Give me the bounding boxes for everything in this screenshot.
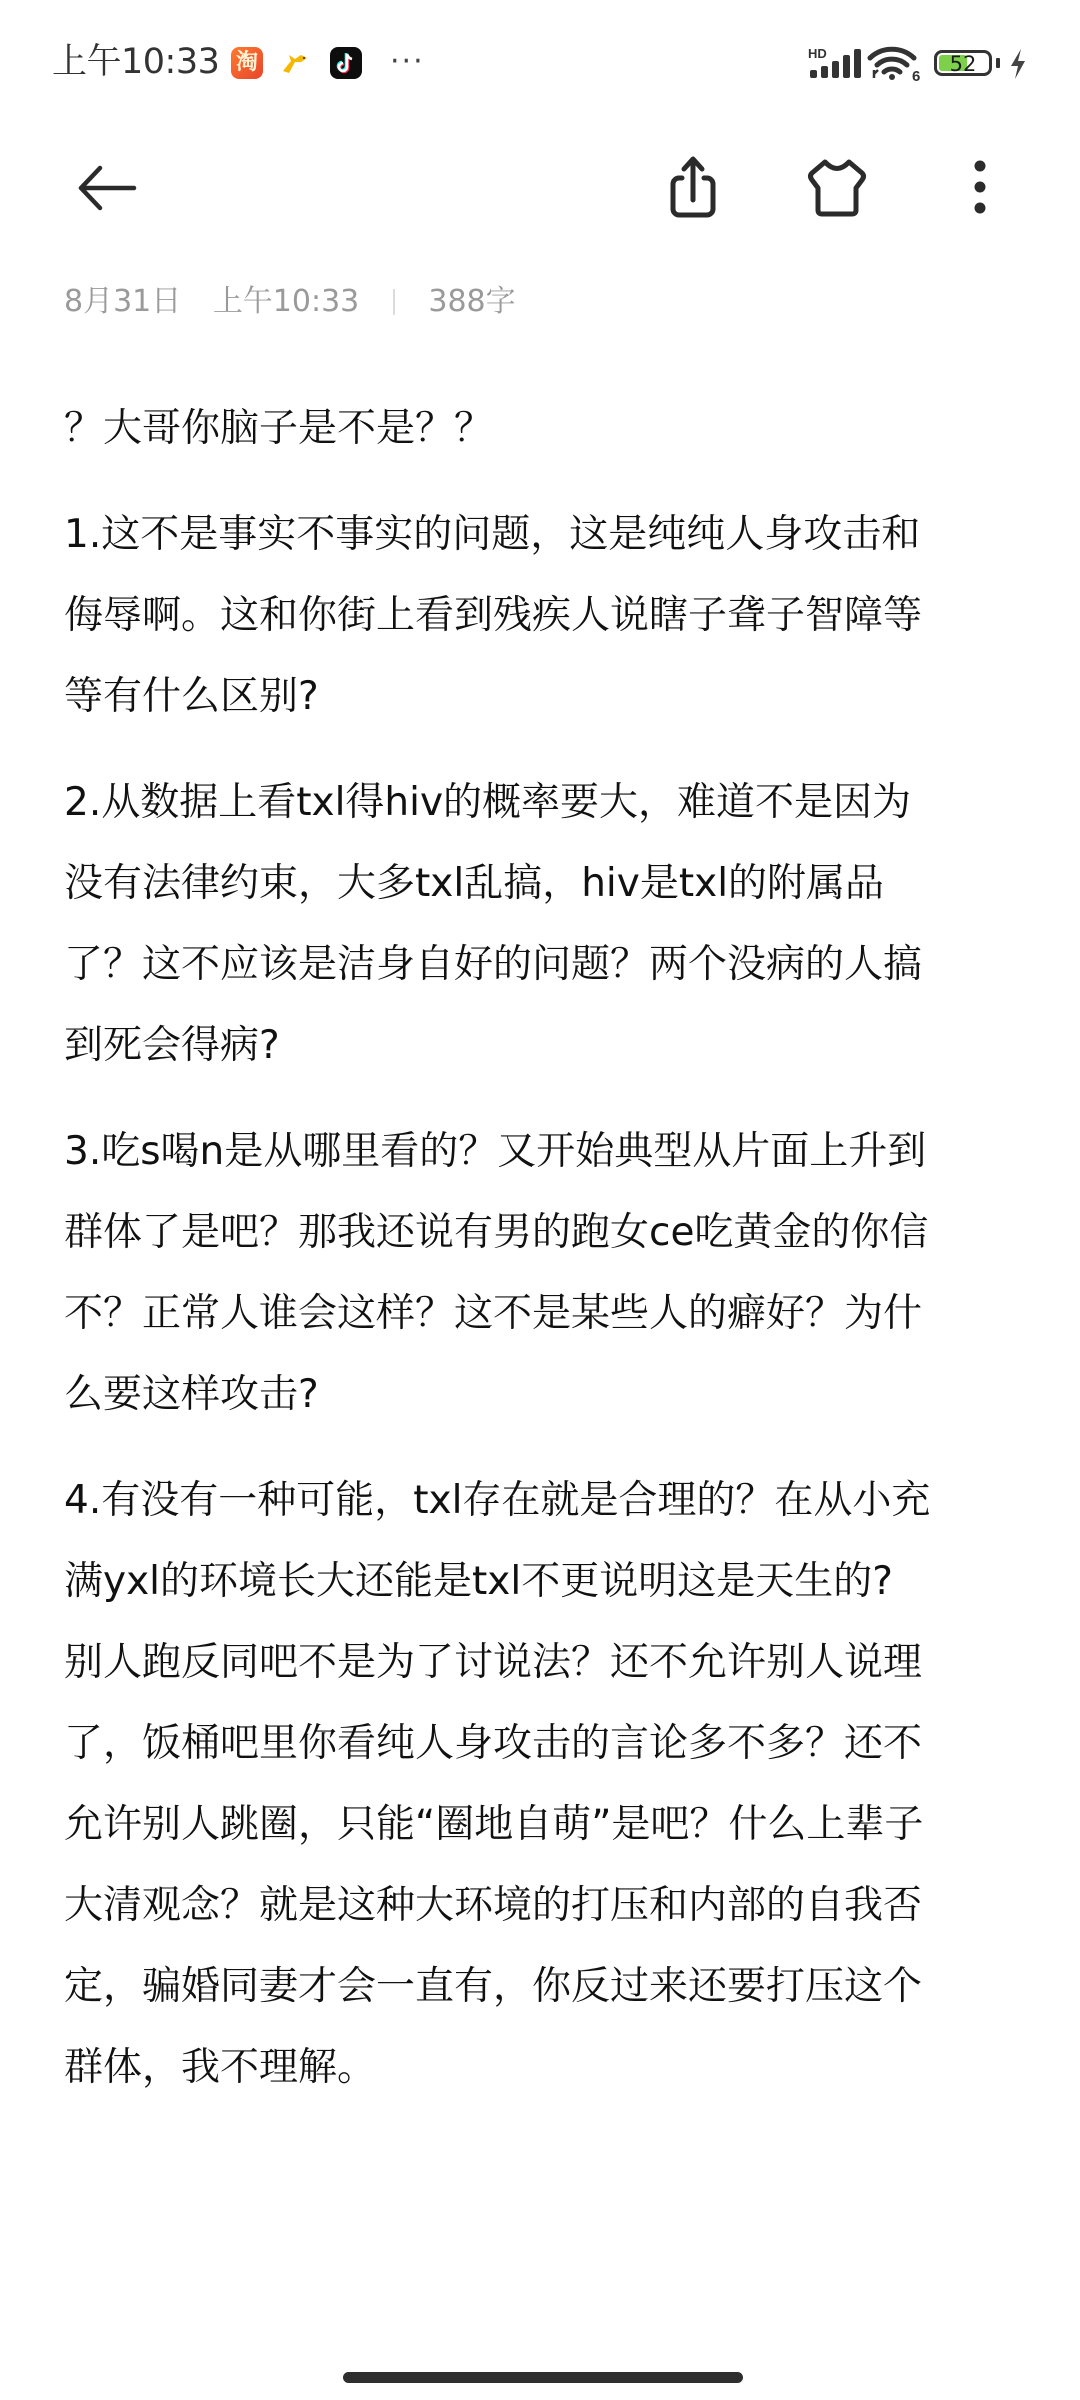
battery-percentage: 52 (937, 51, 989, 76)
text-line: 了，饭桶吧里你看纯人身攻击的言论多不多？还不 (64, 1703, 1024, 1784)
text-line: 4.有没有一种可能，txl存在就是合理的？在从小充 (64, 1460, 1024, 1541)
text-line: 么要这样攻击? (64, 1354, 1024, 1435)
tiktok-note-icon (330, 47, 362, 79)
fliggy-notification-icon (279, 47, 311, 79)
text-line: 群体了是吧？那我还说有男的跑女ce吃黄金的你信 (64, 1192, 1024, 1273)
note-meta: 8月31日 上午10:33 388字 (64, 280, 516, 324)
text-line: 满yxl的环境长大还能是txl不更说明这是天生的? (64, 1541, 1024, 1622)
more-notifications-icon: ··· (390, 40, 425, 84)
back-button[interactable] (68, 148, 148, 228)
note-app-bar (0, 120, 1080, 230)
note-paragraph-2: 2.从数据上看txl得hiv的概率要大，难道不是因为 没有法律约束，大多txl乱… (64, 762, 1024, 1086)
more-options-button[interactable] (940, 142, 1020, 232)
battery-nub (996, 58, 1000, 68)
text-line: 别人跑反同吧不是为了讨说法？还不允许别人说理 (64, 1622, 1024, 1703)
arrow-left-icon (68, 148, 148, 228)
svg-text:HD: HD (808, 46, 827, 61)
taobao-glyph: 淘 (231, 47, 263, 79)
more-vertical-icon (940, 142, 1020, 232)
svg-text:6: 6 (912, 68, 920, 82)
wifi-icon: 6 (866, 44, 924, 82)
text-line: 定，骗婚同妻才会一直有，你反过来还要打压这个 (64, 1946, 1024, 2027)
text-line: 2.从数据上看txl得hiv的概率要大，难道不是因为 (64, 762, 1024, 843)
charging-bolt-icon (1008, 48, 1028, 80)
note-paragraph-3: 3.吃s喝n是从哪里看的？又开始典型从片面上升到 群体了是吧？那我还说有男的跑女… (64, 1111, 1024, 1435)
text-line: 大清观念？就是这种大环境的打压和内部的自我否 (64, 1865, 1024, 1946)
cellular-signal-icon: HD (808, 46, 864, 80)
note-paragraph-4: 4.有没有一种可能，txl存在就是合理的？在从小充 满yxl的环境长大还能是tx… (64, 1460, 1024, 2108)
note-time: 上午10:33 (213, 280, 359, 324)
text-line: 3.吃s喝n是从哪里看的？又开始典型从片面上升到 (64, 1111, 1024, 1192)
tshirt-icon (792, 142, 882, 232)
note-date: 8月31日 (64, 280, 181, 324)
text-line: 到死会得病? (64, 1005, 1024, 1086)
share-button[interactable] (648, 142, 738, 232)
status-time: 上午10:33 (52, 40, 219, 84)
text-line: 等有什么区别? (64, 656, 1024, 737)
text-line: 了？这不应该是洁身自好的问题？两个没病的人搞 (64, 924, 1024, 1005)
tiktok-notification-icon (330, 47, 362, 79)
text-line: ？大哥你脑子是不是？？ (64, 388, 1024, 469)
text-line: 1.这不是事实不事实的问题，这是纯纯人身攻击和 (64, 494, 1024, 575)
word-count: 388字 (428, 280, 515, 324)
note-paragraph-0: ？大哥你脑子是不是？？ (64, 388, 1024, 469)
note-body-editor[interactable]: ？大哥你脑子是不是？？ 1.这不是事实不事实的问题，这是纯纯人身攻击和 侮辱啊。… (64, 388, 1024, 2133)
text-line: 侮辱啊。这和你街上看到残疾人说瞎子聋子智障等 (64, 575, 1024, 656)
share-icon (648, 142, 738, 232)
text-line: 不？正常人谁会这样？这不是某些人的癖好？为什 (64, 1273, 1024, 1354)
text-line: 群体，我不理解。 (64, 2027, 1024, 2108)
taobao-notification-icon: 淘 (231, 47, 263, 79)
theme-button[interactable] (792, 142, 882, 232)
battery-icon: 52 (934, 50, 992, 76)
text-line: 允许别人跳圈，只能“圈地自萌”是吧？什么上辈子 (64, 1784, 1024, 1865)
meta-divider (393, 289, 395, 315)
home-gesture-bar[interactable] (343, 2372, 743, 2383)
note-paragraph-1: 1.这不是事实不事实的问题，这是纯纯人身攻击和 侮辱啊。这和你街上看到残疾人说瞎… (64, 494, 1024, 737)
text-line: 没有法律约束，大多txl乱搞，hiv是txl的附属品 (64, 843, 1024, 924)
status-bar: 上午10:33 淘 ··· HD 6 52 (0, 0, 1080, 120)
